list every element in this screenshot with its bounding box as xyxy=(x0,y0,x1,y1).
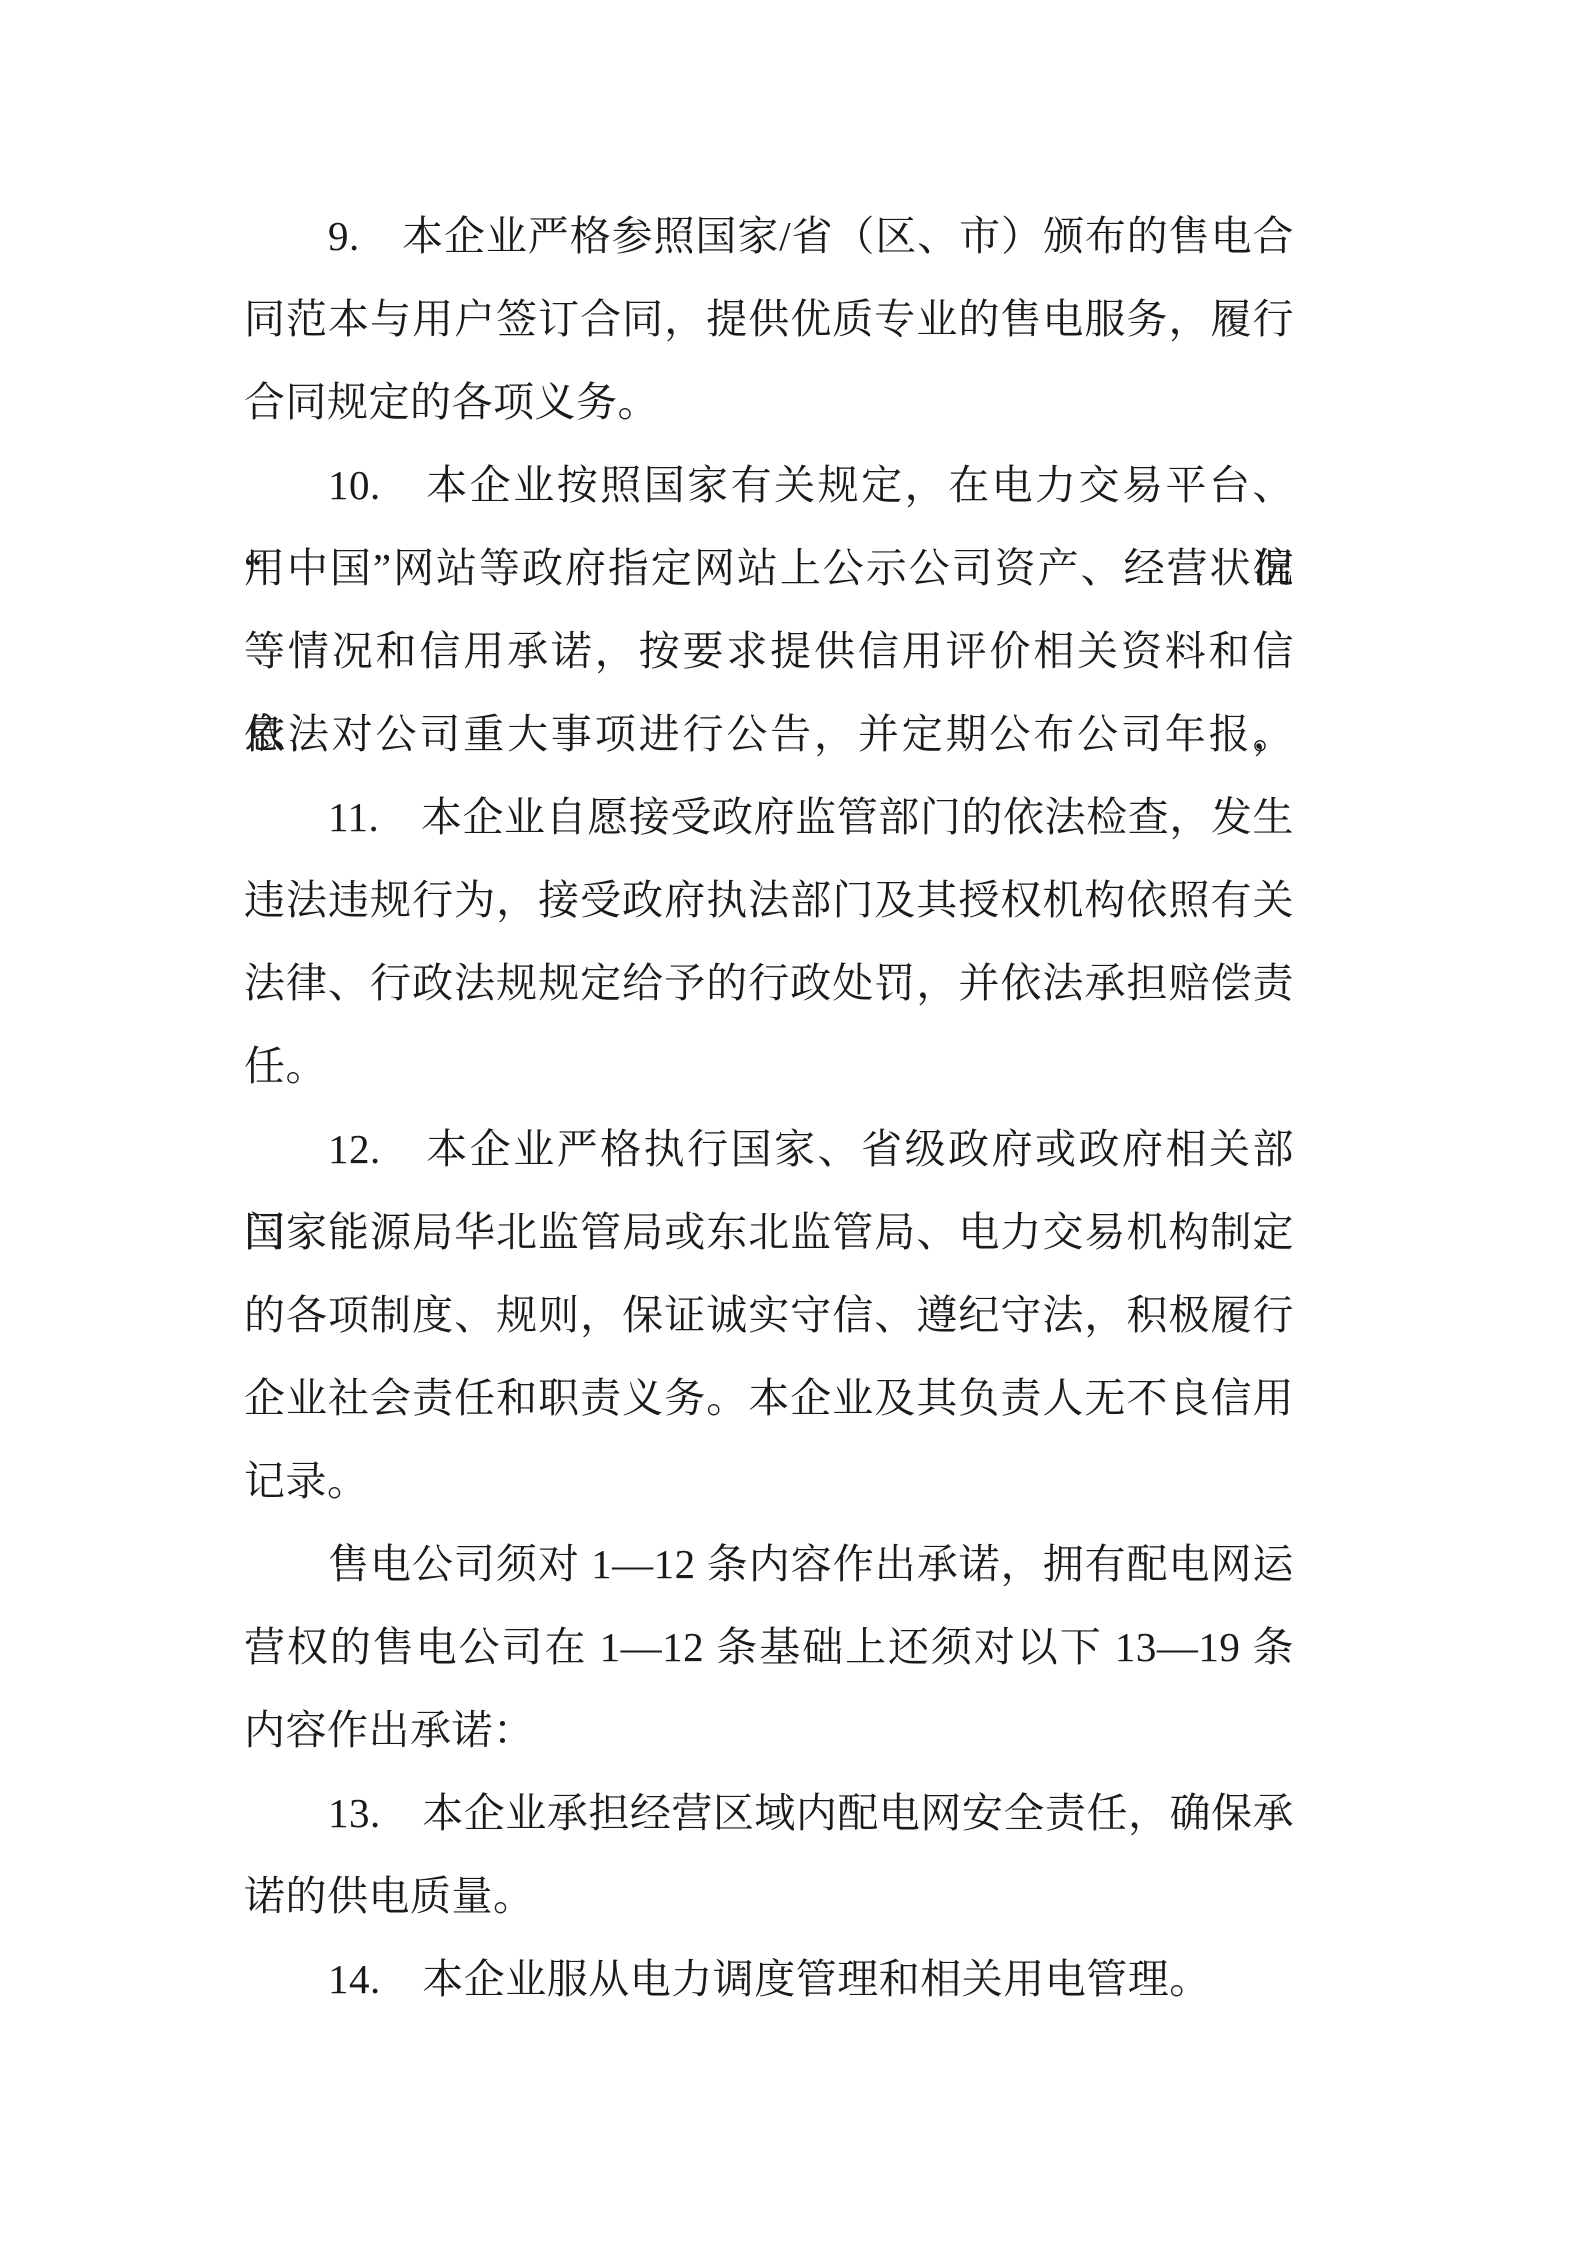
text-line-17: 售电公司须对 1—12 条内容作出承诺，拥有配电网运 xyxy=(244,1523,1294,1606)
text-block: 9. 本企业严格参照国家/省（区、市）颁布的售电合同范本与用户签订合同，提供优质… xyxy=(244,195,1294,2021)
text-line-2: 同范本与用户签订合同，提供优质专业的售电服务，履行 xyxy=(244,278,1294,361)
text-line-22: 14. 本企业服从电力调度管理和相关用电管理。 xyxy=(244,1938,1294,2021)
text-line-11: 任。 xyxy=(244,1025,1294,1108)
text-line-16: 记录。 xyxy=(244,1440,1294,1523)
text-line-10: 法律、行政法规规定给予的行政处罚，并依法承担赔偿责 xyxy=(244,942,1294,1025)
text-line-5: 用中国”网站等政府指定网站上公示公司资产、经营状况 xyxy=(244,527,1294,610)
text-line-7: 依法对公司重大事项进行公告，并定期公布公司年报。 xyxy=(244,693,1294,776)
text-line-4: 10. 本企业按照国家有关规定，在电力交易平台、“信 xyxy=(244,444,1294,527)
text-line-6: 等情况和信用承诺，按要求提供信用评价相关资料和信息， xyxy=(244,610,1294,693)
text-line-8: 11. 本企业自愿接受政府监管部门的依法检查，发生 xyxy=(244,776,1294,859)
text-line-21: 诺的供电质量。 xyxy=(244,1855,1294,1938)
text-line-19: 内容作出承诺： xyxy=(244,1689,1294,1772)
text-line-14: 的各项制度、规则，保证诚实守信、遵纪守法，积极履行 xyxy=(244,1274,1294,1357)
text-line-1: 9. 本企业严格参照国家/省（区、市）颁布的售电合 xyxy=(244,195,1294,278)
text-line-18: 营权的售电公司在 1—12 条基础上还须对以下 13—19 条 xyxy=(244,1606,1294,1689)
text-line-9: 违法违规行为，接受政府执法部门及其授权机构依照有关 xyxy=(244,859,1294,942)
text-line-15: 企业社会责任和职责义务。本企业及其负责人无不良信用 xyxy=(244,1357,1294,1440)
text-line-12: 12. 本企业严格执行国家、省级政府或政府相关部门、 xyxy=(244,1108,1294,1191)
text-line-13: 国家能源局华北监管局或东北监管局、电力交易机构制定 xyxy=(244,1191,1294,1274)
text-line-20: 13. 本企业承担经营区域内配电网安全责任，确保承 xyxy=(244,1772,1294,1855)
document-page: 9. 本企业严格参照国家/省（区、市）颁布的售电合同范本与用户签订合同，提供优质… xyxy=(0,0,1587,2245)
text-line-3: 合同规定的各项义务。 xyxy=(244,361,1294,444)
